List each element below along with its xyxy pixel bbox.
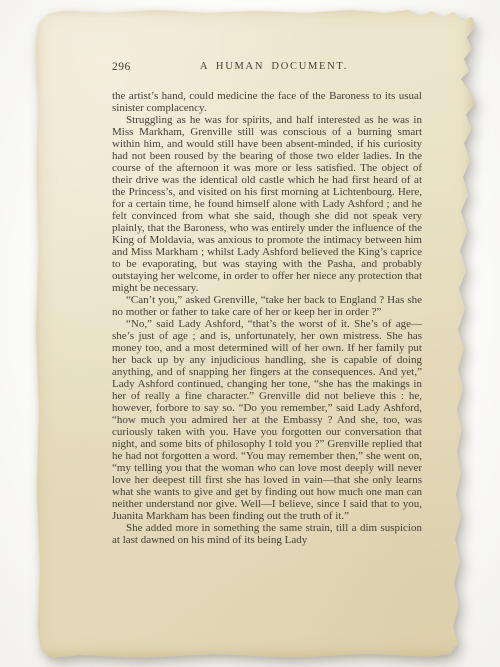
paragraph-continuation: the artist’s hand, could medicine the fa… [112, 90, 422, 114]
paragraph-closing: She added more in something the same str… [112, 522, 422, 546]
paragraph-dialogue-grenville: “Can’t you,” asked Grenville, “take her … [112, 294, 422, 318]
paper-shadow: 296 A HUMAN DOCUMENT. the artist’s hand,… [36, 9, 476, 659]
paragraph-dialogue-lady-ashford: “No,” said Lady Ashford, “that’s the wor… [112, 318, 422, 522]
running-title: A HUMAN DOCUMENT. [112, 61, 422, 72]
page-number: 296 [112, 61, 131, 73]
book-page: 296 A HUMAN DOCUMENT. the artist’s hand,… [36, 9, 476, 659]
page-text: the artist’s hand, could medicine the fa… [112, 90, 422, 546]
paragraph-narrative: Struggling as he was for spirits, and ha… [112, 114, 422, 294]
scanned-book-photo: 296 A HUMAN DOCUMENT. the artist’s hand,… [0, 0, 500, 667]
page-header: 296 A HUMAN DOCUMENT. [112, 61, 422, 75]
